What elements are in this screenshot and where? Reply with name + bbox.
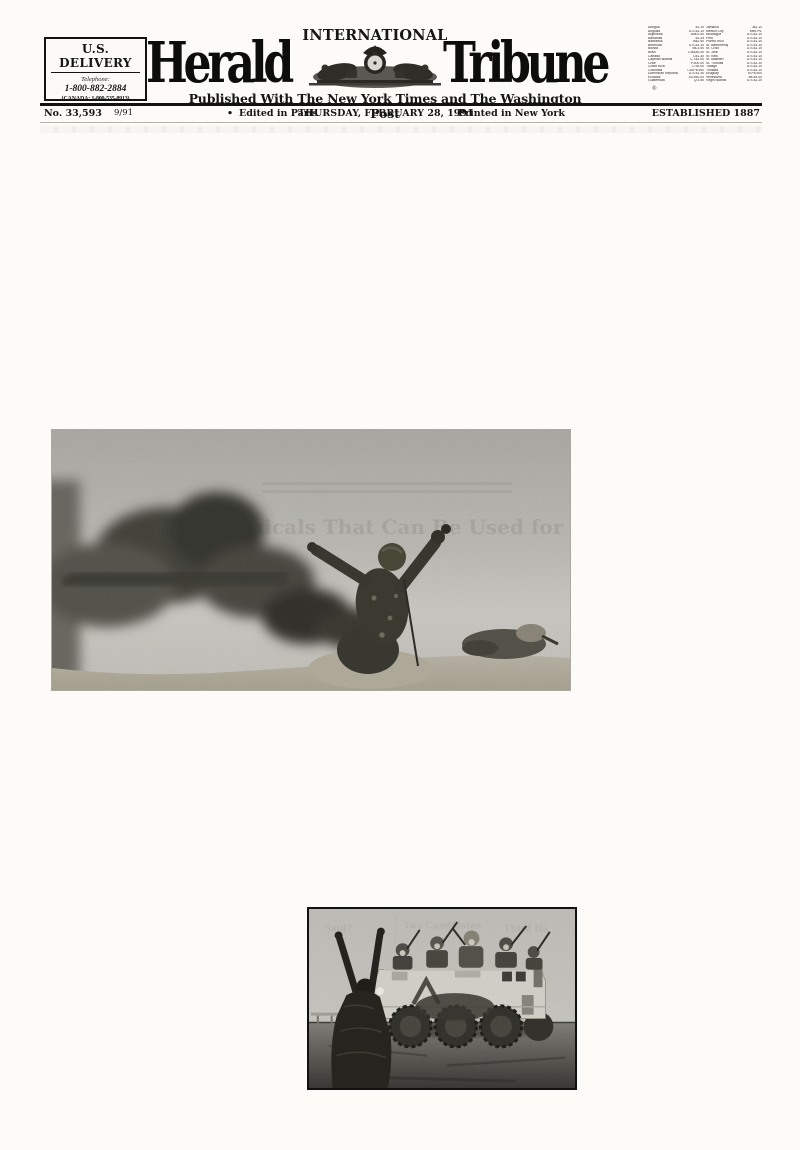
- delivery-canada-number: (CANADA: 1-800-535-8913): [46, 96, 145, 102]
- delivery-divider: [51, 72, 140, 73]
- delivery-title: U.S. DELIVERY: [46, 42, 145, 70]
- battlefield-photo: Chemicals That Can Be Used for Grisly: [52, 430, 570, 690]
- us-delivery-box: U.S. DELIVERY Telephone: 1-800-882-2884 …: [44, 37, 147, 101]
- surrender-photo: Said? Two Candidates Third Ha: [307, 907, 577, 1090]
- price-row: Virgin IslandsU.S.$1.10: [706, 79, 762, 83]
- masthead-engraving-icon: [303, 44, 447, 92]
- edition-code: 9/91: [114, 108, 133, 118]
- established-1887: ESTABLISHED 1887: [652, 108, 760, 119]
- issue-number: No. 33,593: [44, 108, 102, 119]
- masthead-international: INTERNATIONAL: [300, 27, 450, 44]
- price-list-right: JamaicaJ$1.10Mexico CityMex.Ps.Nicaragua…: [706, 26, 762, 83]
- registered-mark: ®: [652, 86, 657, 92]
- delivery-telephone-number: 1-800-882-2884: [46, 84, 145, 94]
- dateline-bar: No. 33,593 9/91 • Edited in Paris THURSD…: [40, 103, 762, 123]
- dateline-lower-rule: [40, 122, 762, 123]
- newspaper-front-page: U.S. DELIVERY Telephone: 1-800-882-2884 …: [0, 0, 800, 1150]
- masthead-tribune: Tribune: [443, 30, 606, 96]
- film-grain-overlay: [52, 430, 570, 690]
- price-list-left: Antigua$1.10AnguillaU.S.$1.10ArgentinaAu…: [648, 26, 704, 83]
- price-list: Antigua$1.10AnguillaU.S.$1.10ArgentinaAu…: [648, 26, 762, 83]
- price-row: GuatemalaQ.3.50: [648, 79, 704, 83]
- film-grain-overlay: [309, 909, 575, 1088]
- delivery-telephone-label: Telephone:: [46, 76, 145, 83]
- showthrough-band: [40, 126, 762, 133]
- issue-date: THURSDAY, FEBRUARY 28, 1991: [298, 108, 474, 119]
- bullet-separator: •: [227, 108, 233, 119]
- masthead-herald: Herald: [146, 30, 290, 96]
- printed-in-new-york: Printed in New York: [458, 108, 565, 119]
